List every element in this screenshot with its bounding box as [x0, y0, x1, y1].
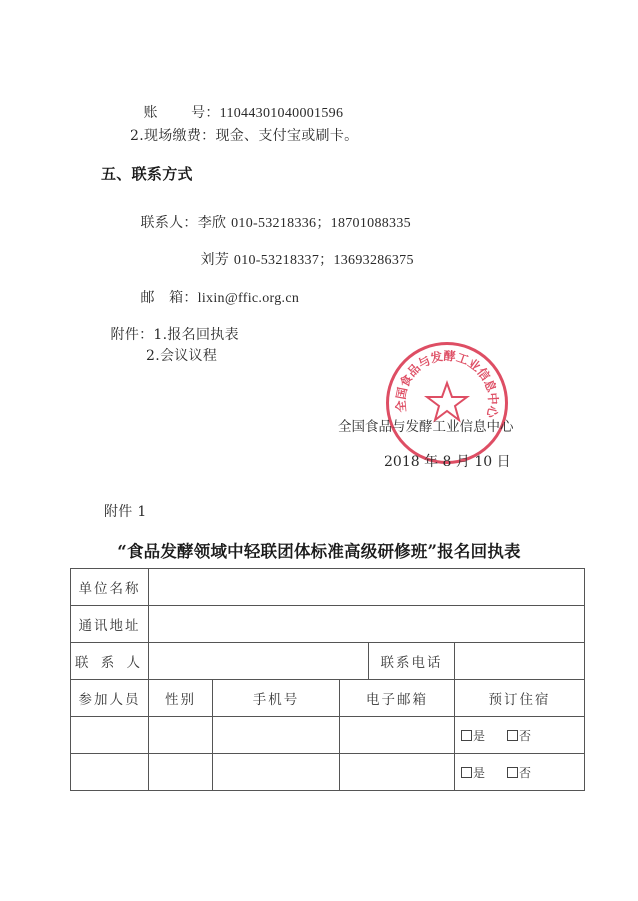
contact-line-2: 刘芳 010-53218337；13693286375 — [191, 233, 414, 269]
email-label: 邮 箱： — [141, 290, 198, 306]
yes-checkbox[interactable] — [461, 767, 472, 778]
no-checkbox[interactable] — [507, 767, 518, 778]
email-input[interactable] — [340, 717, 455, 754]
contact-section-heading: 五、联系方式 — [101, 163, 193, 184]
contact-name: 李欣 — [198, 215, 227, 231]
attachments-line-2: 2.会议议程 — [146, 345, 217, 365]
gender-input[interactable] — [149, 717, 213, 754]
contact-phone-input[interactable] — [455, 643, 585, 680]
contact-phones: 010-53218337；13693286375 — [234, 253, 414, 268]
account-number: 11044301040001596 — [220, 106, 344, 121]
email-input[interactable] — [340, 754, 455, 791]
account-label: 账 号： — [144, 105, 220, 121]
contact-person-input[interactable] — [149, 643, 369, 680]
yes-checkbox[interactable] — [461, 730, 472, 741]
address-input[interactable] — [149, 606, 585, 643]
appendix-label: 附件 1 — [104, 501, 147, 521]
contact-row: 联 系 人 联系电话 — [71, 643, 585, 680]
unit-name-row: 单位名称 — [71, 569, 585, 606]
yes-label: 是 — [473, 766, 485, 780]
mobile-input[interactable] — [213, 717, 340, 754]
no-checkbox[interactable] — [507, 730, 518, 741]
col-header-gender: 性别 — [149, 680, 213, 717]
col-header-accommodation: 预订住宿 — [455, 680, 585, 717]
signature-organization: 全国食品与发酵工业信息中心 — [338, 415, 514, 435]
address-label: 通讯地址 — [71, 606, 149, 643]
official-seal: 全国食品与发酵工业信息中心 — [386, 342, 508, 464]
email-line: 邮 箱：lixin@ffic.org.cn — [131, 271, 299, 307]
mobile-input[interactable] — [213, 754, 340, 791]
signature-date: 2018 年 8 月 10 日 — [384, 451, 511, 471]
col-header-attendee: 参加人员 — [71, 680, 149, 717]
attendee-row: 是否 — [71, 754, 585, 791]
unit-name-input[interactable] — [149, 569, 585, 606]
gender-input[interactable] — [149, 754, 213, 791]
unit-name-label: 单位名称 — [71, 569, 149, 606]
registration-form-table: 单位名称 通讯地址 联 系 人 联系电话 参加人员 性别 手机号 电子邮箱 预订… — [70, 568, 585, 791]
contact-line-1: 联系人：李欣 010-53218336；18701088335 — [131, 196, 411, 232]
contact-person-label: 联 系 人 — [71, 643, 149, 680]
attachments-line-1: 附件：1.报名回执表 — [101, 308, 239, 344]
contact-label: 联系人： — [141, 215, 198, 231]
contact-phone-label: 联系电话 — [369, 643, 455, 680]
no-label: 否 — [519, 766, 531, 780]
attachments-label: 附件： — [111, 327, 154, 343]
accommodation-choice: 是否 — [455, 717, 585, 754]
seal-star-icon: 全国食品与发酵工业信息中心 — [389, 345, 505, 461]
col-header-email: 电子邮箱 — [340, 680, 455, 717]
attendee-row: 是否 — [71, 717, 585, 754]
attendee-input[interactable] — [71, 754, 149, 791]
contact-phones: 010-53218336；18701088335 — [231, 216, 411, 231]
contact-name: 刘芳 — [201, 252, 230, 268]
attachment-item: 1.报名回执表 — [153, 327, 238, 343]
no-label: 否 — [519, 729, 531, 743]
email-address[interactable]: lixin@ffic.org.cn — [198, 291, 299, 306]
yes-label: 是 — [473, 729, 485, 743]
col-header-mobile: 手机号 — [213, 680, 340, 717]
onsite-payment-line: 2.现场缴费：现金、支付宝或刷卡。 — [130, 125, 358, 145]
address-row: 通讯地址 — [71, 606, 585, 643]
account-line: 账 号：11044301040001596 — [134, 86, 343, 122]
attendee-input[interactable] — [71, 717, 149, 754]
accommodation-choice: 是否 — [455, 754, 585, 791]
form-title: “食品发酵领域中轻联团体标准高级研修班”报名回执表 — [0, 538, 638, 562]
attendee-header-row: 参加人员 性别 手机号 电子邮箱 预订住宿 — [71, 680, 585, 717]
